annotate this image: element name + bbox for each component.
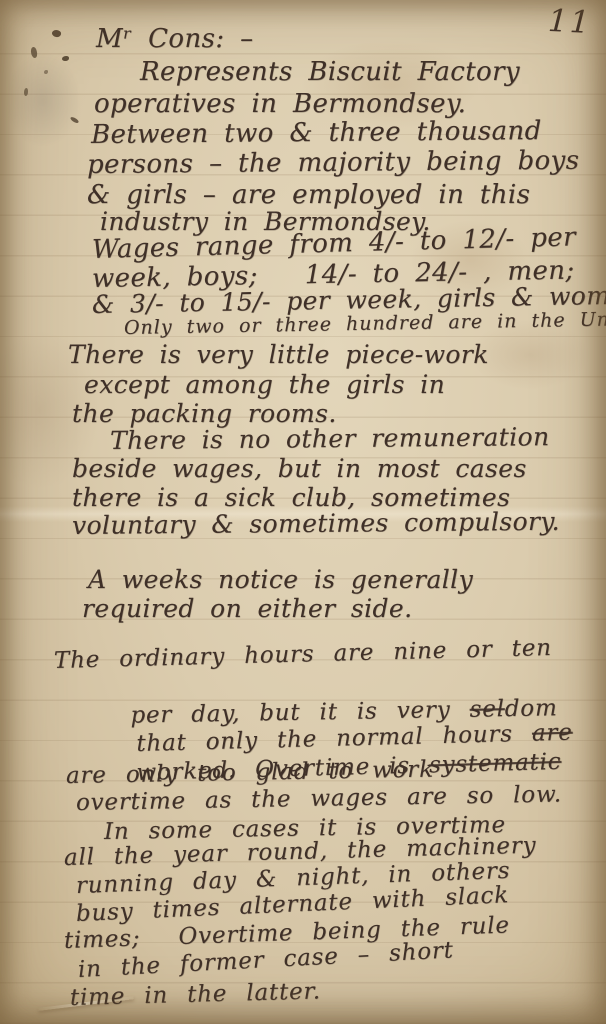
page-number: 11 bbox=[547, 3, 592, 41]
ink-blot bbox=[62, 56, 69, 61]
ink-blot bbox=[51, 29, 62, 39]
manuscript-line: persons – the majority being boys bbox=[87, 146, 580, 180]
manuscript-line: required on either side. bbox=[82, 594, 412, 623]
ink-blot bbox=[30, 46, 39, 58]
manuscript-line: Represents Biscuit Factory bbox=[140, 57, 520, 87]
manuscript-line: A weeks notice is generally bbox=[88, 565, 473, 594]
manuscript-line: time in the latter. bbox=[70, 978, 322, 1011]
ink-blot bbox=[24, 88, 28, 96]
manuscript-line: operatives in Bermondsey. bbox=[94, 89, 466, 119]
manuscript-line: The ordinary hours are nine or ten bbox=[54, 635, 552, 674]
ink-blot bbox=[44, 70, 48, 74]
manuscript-line: There is no other remuneration bbox=[110, 422, 550, 455]
ink-blot bbox=[70, 116, 80, 124]
manuscript-line: & girls – are employed in this bbox=[87, 180, 530, 210]
struck-word: systematic bbox=[429, 749, 562, 778]
manuscript-line: except among the girls in bbox=[84, 370, 445, 399]
ink-smudge bbox=[4, 52, 82, 148]
manuscript-line: beside wages, but in most cases bbox=[72, 454, 527, 483]
manuscript-line: There is very little piece-work bbox=[68, 340, 489, 369]
manuscript-line: Mʳ Cons: – bbox=[96, 24, 254, 54]
manuscript-line: voluntary & sometimes compulsory. bbox=[72, 507, 560, 540]
manuscript-page: 11 Mʳ Cons: – Represents Biscuit Factory… bbox=[0, 0, 606, 1024]
manuscript-line: Between two & three thousand bbox=[91, 116, 542, 150]
